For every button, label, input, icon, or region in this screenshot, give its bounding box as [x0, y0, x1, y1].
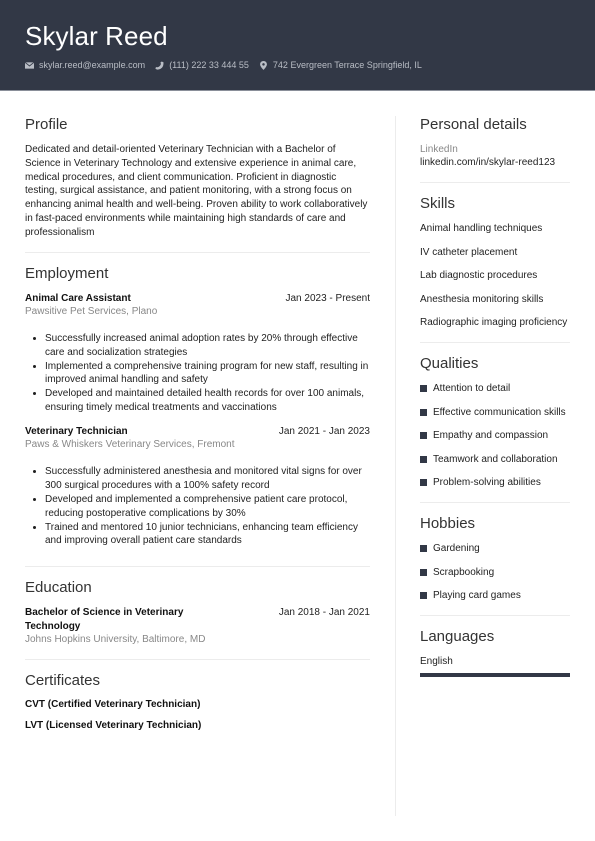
hobby-text: Scrapbooking	[433, 566, 494, 579]
quality-text: Teamwork and collaboration	[433, 453, 558, 466]
skill-item: Anesthesia monitoring skills	[420, 293, 570, 306]
contact-email-text: skylar.reed@example.com	[39, 60, 145, 70]
job-achievements: Successfully administered anesthesia and…	[45, 465, 370, 548]
language-name: English	[420, 655, 570, 668]
square-bullet-icon	[420, 456, 427, 463]
contact-address: 742 Evergreen Terrace Springfield, IL	[259, 60, 422, 70]
square-bullet-icon	[420, 569, 427, 576]
profile-section: Profile Dedicated and detail-oriented Ve…	[25, 116, 370, 253]
square-bullet-icon	[420, 592, 427, 599]
contact-email[interactable]: skylar.reed@example.com	[25, 60, 145, 70]
profile-summary: Dedicated and detail-oriented Veterinary…	[25, 143, 370, 240]
column-divider	[395, 116, 396, 816]
employment-title: Employment	[25, 265, 370, 282]
certificates-title: Certificates	[25, 672, 370, 689]
personal-details-title: Personal details	[420, 116, 570, 133]
qualities-title: Qualities	[420, 355, 570, 372]
linkedin-label: LinkedIn	[420, 143, 570, 156]
square-bullet-icon	[420, 479, 427, 486]
candidate-name: Skylar Reed	[25, 21, 168, 52]
qualities-section: Qualities Attention to detail Effective …	[420, 355, 570, 503]
hobby-item: Gardening	[420, 542, 570, 555]
certificates-section: Certificates CVT (Certified Veterinary T…	[25, 672, 370, 753]
contact-phone-text: (111) 222 33 444 55	[169, 60, 249, 70]
achievement-item: Successfully increased animal adoption r…	[45, 332, 370, 360]
employment-section: Employment Animal Care Assistant Jan 202…	[25, 265, 370, 568]
hobbies-section: Hobbies Gardening Scrapbooking Playing c…	[420, 515, 570, 616]
resume-header: Skylar Reed skylar.reed@example.com (111…	[0, 0, 595, 91]
quality-item: Empathy and compassion	[420, 429, 570, 442]
main-column: Profile Dedicated and detail-oriented Ve…	[25, 116, 370, 765]
quality-item: Teamwork and collaboration	[420, 453, 570, 466]
job-entry: Animal Care Assistant Jan 2023 - Present…	[25, 292, 370, 415]
hobby-text: Gardening	[433, 542, 480, 555]
job-company: Pawsitive Pet Services, Plano	[25, 305, 370, 319]
skill-item: IV catheter placement	[420, 246, 570, 259]
hobbies-title: Hobbies	[420, 515, 570, 532]
sidebar-column: Personal details LinkedIn linkedin.com/i…	[420, 116, 570, 701]
hobby-item: Scrapbooking	[420, 566, 570, 579]
languages-section: Languages English	[420, 628, 570, 689]
education-section: Education Bachelor of Science in Veterin…	[25, 579, 370, 660]
square-bullet-icon	[420, 409, 427, 416]
language-proficiency-bar	[420, 673, 570, 677]
job-company: Paws & Whiskers Veterinary Services, Fre…	[25, 438, 370, 452]
skills-title: Skills	[420, 195, 570, 212]
language-proficiency-fill	[420, 673, 570, 677]
contact-phone[interactable]: (111) 222 33 444 55	[155, 60, 249, 70]
quality-item: Attention to detail	[420, 382, 570, 395]
skills-section: Skills Animal handling techniques IV cat…	[420, 195, 570, 343]
personal-details-section: Personal details LinkedIn linkedin.com/i…	[420, 116, 570, 183]
square-bullet-icon	[420, 432, 427, 439]
education-date: Jan 2018 - Jan 2021	[279, 606, 370, 633]
hobby-item: Playing card games	[420, 589, 570, 602]
job-date: Jan 2021 - Jan 2023	[279, 425, 370, 439]
envelope-icon	[25, 61, 34, 70]
certificate-item: CVT (Certified Veterinary Technician)	[25, 699, 370, 710]
contact-address-text: 742 Evergreen Terrace Springfield, IL	[273, 60, 422, 70]
skill-item: Lab diagnostic procedures	[420, 269, 570, 282]
school-name: Johns Hopkins University, Baltimore, MD	[25, 633, 370, 647]
skill-item: Animal handling techniques	[420, 222, 570, 235]
achievement-item: Trained and mentored 10 junior technicia…	[45, 521, 370, 549]
job-title: Animal Care Assistant	[25, 292, 131, 306]
square-bullet-icon	[420, 545, 427, 552]
job-date: Jan 2023 - Present	[286, 292, 371, 306]
hobby-text: Playing card games	[433, 589, 521, 602]
map-pin-icon	[259, 61, 268, 70]
quality-text: Effective communication skills	[433, 406, 566, 419]
quality-text: Empathy and compassion	[433, 429, 548, 442]
achievement-item: Implemented a comprehensive training pro…	[45, 360, 370, 388]
degree-title: Bachelor of Science in Veterinary Techno…	[25, 606, 225, 633]
square-bullet-icon	[420, 385, 427, 392]
phone-icon	[155, 61, 164, 70]
linkedin-link[interactable]: linkedin.com/in/skylar-reed123	[420, 156, 570, 170]
achievement-item: Developed and implemented a comprehensiv…	[45, 493, 370, 521]
achievement-item: Developed and maintained detailed health…	[45, 387, 370, 415]
contact-list: skylar.reed@example.com (111) 222 33 444…	[25, 60, 432, 70]
profile-title: Profile	[25, 116, 370, 133]
quality-item: Effective communication skills	[420, 406, 570, 419]
quality-item: Problem-solving abilities	[420, 476, 570, 489]
job-title: Veterinary Technician	[25, 425, 128, 439]
skill-item: Radiographic imaging proficiency	[420, 316, 570, 329]
education-title: Education	[25, 579, 370, 596]
achievement-item: Successfully administered anesthesia and…	[45, 465, 370, 493]
education-entry: Bachelor of Science in Veterinary Techno…	[25, 606, 370, 647]
quality-text: Problem-solving abilities	[433, 476, 541, 489]
certificate-item: LVT (Licensed Veterinary Technician)	[25, 720, 370, 731]
job-achievements: Successfully increased animal adoption r…	[45, 332, 370, 415]
languages-title: Languages	[420, 628, 570, 645]
quality-text: Attention to detail	[433, 382, 510, 395]
job-entry: Veterinary Technician Jan 2021 - Jan 202…	[25, 425, 370, 548]
